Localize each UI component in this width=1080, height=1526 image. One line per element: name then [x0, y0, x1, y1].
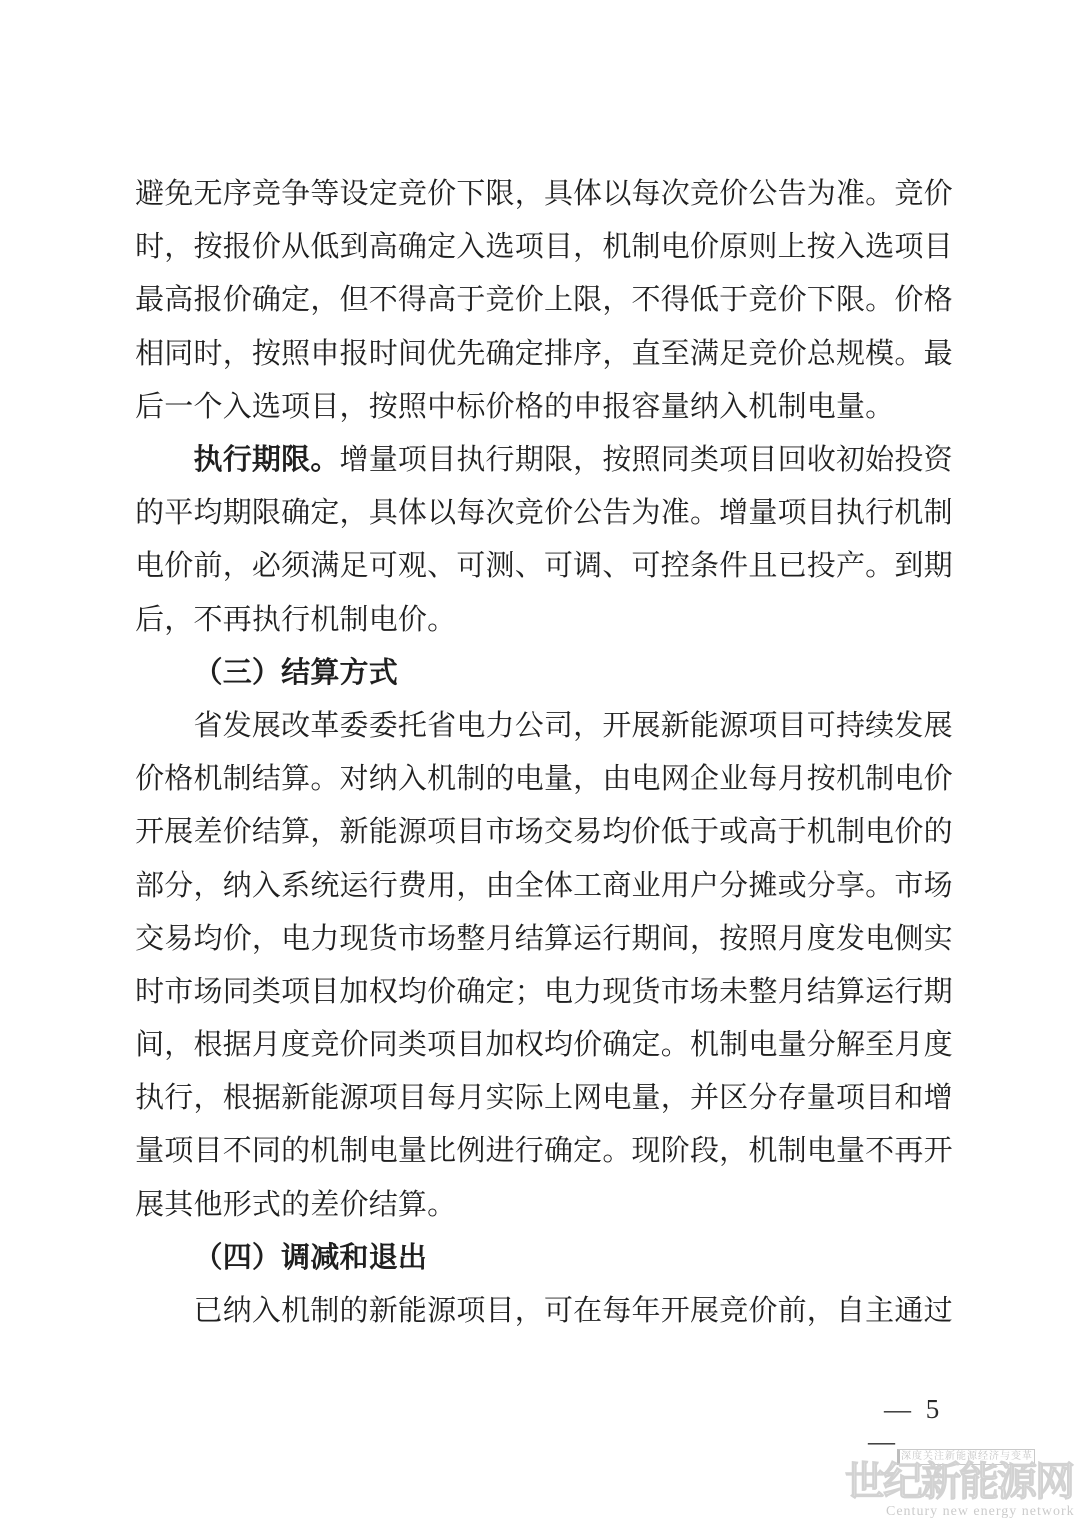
glyph: 行: [485, 446, 514, 475]
glyph: 未: [719, 978, 748, 1007]
glyph: 项: [515, 233, 544, 262]
glyph: 目: [748, 446, 777, 475]
glyph: 。: [427, 1191, 456, 1220]
glyph: 分: [719, 872, 748, 901]
glyph: 价: [923, 180, 952, 209]
glyph: 目: [310, 393, 339, 422]
glyph: 月: [252, 1031, 281, 1060]
glyph: 总: [807, 340, 836, 369]
glyph: 加: [485, 1031, 514, 1060]
glyph: 差: [310, 1191, 339, 1220]
glyph: 设: [339, 180, 368, 209]
glyph: 目: [923, 233, 952, 262]
glyph: 执: [456, 446, 485, 475]
text-line: 相同时，按照申报时间优先确定排序，直至满足竞价总规模。最: [135, 328, 953, 381]
glyph: 低: [661, 818, 690, 847]
glyph: 年: [631, 1297, 660, 1326]
glyph: 序: [573, 340, 602, 369]
glyph: 定: [281, 286, 310, 315]
glyph: 比: [427, 1137, 456, 1166]
glyph: 照: [398, 393, 427, 422]
glyph: 发: [836, 925, 865, 954]
glyph: 限: [573, 286, 602, 315]
glyph: 至: [865, 1031, 894, 1060]
glyph: 过: [923, 1297, 952, 1326]
glyph: 例: [456, 1137, 485, 1166]
glyph: 项: [894, 233, 923, 262]
glyph: 排: [544, 340, 573, 369]
glyph: 展: [135, 1191, 164, 1220]
glyph: 际: [515, 1084, 544, 1113]
glyph: 货: [369, 925, 398, 954]
glyph: 入: [223, 393, 252, 422]
glyph: 观: [398, 552, 427, 581]
glyph: 标: [456, 393, 485, 422]
text-line: 电价前，必须满足可观、可测、可调、可控条件且已投产。到期: [135, 540, 953, 593]
glyph: 高: [427, 286, 456, 315]
glyph: ，: [456, 872, 485, 901]
glyph: 项: [748, 712, 777, 741]
glyph: 告: [602, 499, 631, 528]
glyph: 制: [777, 1137, 806, 1166]
glyph: 价: [135, 765, 164, 794]
glyph: 现: [631, 1137, 660, 1166]
glyph: 算: [398, 1191, 427, 1220]
glyph: ，: [602, 340, 631, 369]
glyph: 交: [135, 925, 164, 954]
glyph: ，: [807, 1297, 836, 1326]
glyph: 电: [865, 818, 894, 847]
glyph: 竞: [894, 180, 923, 209]
glyph: 时: [135, 978, 164, 1007]
glyph: 纳: [223, 1297, 252, 1326]
glyph: 已: [193, 1297, 222, 1326]
glyph: 竞: [515, 499, 544, 528]
glyph: 力: [310, 925, 339, 954]
glyph: 量: [631, 1084, 660, 1113]
glyph: 执: [193, 446, 222, 475]
glyph: 定: [631, 1031, 660, 1060]
glyph: 新: [369, 1297, 398, 1326]
glyph: 定: [310, 499, 339, 528]
glyph: 争: [281, 180, 310, 209]
glyph: 时: [135, 233, 164, 262]
glyph: 目: [777, 712, 806, 741]
glyph: 、: [602, 552, 631, 581]
glyph: 避: [135, 180, 164, 209]
glyph: 于: [719, 286, 748, 315]
glyph: 低: [310, 233, 339, 262]
glyph: 全: [515, 872, 544, 901]
glyph: 入: [719, 393, 748, 422]
glyph: 户: [690, 872, 719, 901]
glyph: 足: [719, 340, 748, 369]
glyph: 个: [193, 393, 222, 422]
glyph: ，: [602, 286, 631, 315]
glyph: 费: [398, 872, 427, 901]
glyph: 运: [865, 978, 894, 1007]
glyph: 市: [661, 978, 690, 1007]
glyph: 纳: [223, 872, 252, 901]
glyph: 得: [398, 286, 427, 315]
glyph: 。: [690, 499, 719, 528]
glyph: 限: [252, 499, 281, 528]
glyph: 目: [193, 1137, 222, 1166]
glyph: ，: [223, 552, 252, 581]
text-line: 交易均价，电力现货市场整月结算运行期间，按照月度发电侧实: [135, 913, 953, 966]
glyph: 行: [369, 872, 398, 901]
glyph: 增: [719, 499, 748, 528]
glyph: 高: [369, 233, 398, 262]
glyph: 再: [223, 606, 252, 635]
glyph: 权: [369, 978, 398, 1007]
glyph: 托: [398, 712, 427, 741]
glyph: 价: [573, 1031, 602, 1060]
glyph: 间: [398, 340, 427, 369]
glyph: 价: [252, 233, 281, 262]
glyph: 选: [485, 233, 514, 262]
text-line: 后一个入选项目，按照中标价格的申报容量纳入机制电量。: [135, 381, 953, 434]
glyph: 分: [807, 872, 836, 901]
glyph: 竞: [748, 286, 777, 315]
glyph: 委: [369, 712, 398, 741]
glyph: 。: [602, 1137, 631, 1166]
glyph: 开: [135, 818, 164, 847]
glyph: ，: [223, 340, 252, 369]
glyph: ，: [573, 712, 602, 741]
glyph: 电: [135, 552, 164, 581]
glyph: 执: [252, 606, 281, 635]
glyph: 以: [602, 180, 631, 209]
glyph: 。: [661, 1031, 690, 1060]
glyph: 按: [807, 233, 836, 262]
glyph: 于: [777, 818, 806, 847]
glyph: 易: [164, 925, 193, 954]
glyph: 模: [865, 340, 894, 369]
glyph: 后: [135, 606, 164, 635]
glyph: 高: [748, 818, 777, 847]
glyph: 确: [252, 286, 281, 315]
glyph: 选: [252, 393, 281, 422]
glyph: 期: [631, 925, 660, 954]
glyph: 从: [281, 233, 310, 262]
glyph: ，: [164, 233, 193, 262]
glyph: 退: [369, 1244, 398, 1273]
glyph: （: [193, 659, 222, 688]
glyph: 收: [807, 446, 836, 475]
glyph: 目: [485, 1297, 514, 1326]
glyph: 照: [281, 340, 310, 369]
glyph: 初: [836, 446, 865, 475]
glyph: 量: [369, 446, 398, 475]
glyph: 目: [544, 233, 573, 262]
glyph: 制: [339, 1137, 368, 1166]
glyph: 电: [369, 1137, 398, 1166]
glyph: 按: [807, 765, 836, 794]
glyph: 期: [252, 446, 281, 475]
glyph: 月: [894, 1031, 923, 1060]
glyph: ，: [164, 606, 193, 635]
glyph: 格: [164, 765, 193, 794]
glyph: 量: [836, 1137, 865, 1166]
glyph: ，: [339, 393, 368, 422]
glyph: ，: [719, 1137, 748, 1166]
glyph: 确: [281, 499, 310, 528]
glyph: 一: [164, 393, 193, 422]
glyph: 相: [135, 340, 164, 369]
glyph: 度: [281, 1031, 310, 1060]
text-line: 时，按报价从低到高确定入选项目，机制电价原则上按入选项目: [135, 221, 953, 274]
glyph: 低: [690, 286, 719, 315]
glyph: 则: [748, 233, 777, 262]
glyph: 形: [223, 1191, 252, 1220]
glyph: 能: [398, 1297, 427, 1326]
glyph: 。: [310, 446, 339, 475]
glyph: 次: [485, 499, 514, 528]
glyph: 价: [223, 925, 252, 954]
glyph: 的: [281, 1191, 310, 1220]
glyph: 均: [544, 1031, 573, 1060]
glyph: 侧: [894, 925, 923, 954]
glyph: 量: [544, 765, 573, 794]
glyph: 行: [865, 499, 894, 528]
glyph: ，: [515, 180, 544, 209]
glyph: 三: [223, 659, 252, 688]
glyph: 测: [485, 552, 514, 581]
glyph: 月: [777, 978, 806, 1007]
glyph: 时: [369, 340, 398, 369]
glyph: 直: [631, 340, 660, 369]
glyph: 中: [427, 393, 456, 422]
glyph: 电: [748, 1031, 777, 1060]
glyph: 增: [339, 446, 368, 475]
glyph: 均: [398, 978, 427, 1007]
glyph: 每: [602, 1297, 631, 1326]
glyph: 入: [252, 1297, 281, 1326]
glyph: 机: [281, 1297, 310, 1326]
glyph: 资: [923, 446, 952, 475]
glyph: 、: [515, 552, 544, 581]
glyph: 须: [281, 552, 310, 581]
glyph: 纳: [369, 765, 398, 794]
glyph: 商: [602, 872, 631, 901]
glyph: 结: [515, 925, 544, 954]
glyph: 增: [923, 1084, 952, 1113]
page-number: — 5: [884, 1396, 943, 1423]
text-line: 展其他形式的差价结算。: [135, 1179, 953, 1232]
glyph: 照: [748, 925, 777, 954]
glyph: 委: [339, 712, 368, 741]
glyph: 四: [223, 1244, 252, 1273]
glyph: 业: [631, 872, 660, 901]
glyph: 高: [164, 286, 193, 315]
glyph: 场: [690, 978, 719, 1007]
text-line: 已纳入机制的新能源项目，可在每年开展竞价前，自主通过: [135, 1285, 953, 1338]
glyph: 制: [339, 606, 368, 635]
glyph: 最: [923, 340, 952, 369]
text-line: 时市场同类项目加权均价确定；电力现货市场未整月结算运行期: [135, 966, 953, 1019]
glyph: 其: [164, 1191, 193, 1220]
glyph: 得: [661, 286, 690, 315]
glyph: 行: [602, 925, 631, 954]
glyph: 同: [164, 340, 193, 369]
glyph: 同: [223, 978, 252, 1007]
text-line: 避免无序竞争等设定竞价下限，具体以每次竞价公告为准。竞价: [135, 168, 953, 221]
glyph: 制: [923, 499, 952, 528]
glyph: 运: [339, 872, 368, 901]
text-line: 执行，根据新能源项目每月实际上网电量，并区分存量项目和增: [135, 1072, 953, 1125]
glyph: ，: [573, 765, 602, 794]
glyph: 现: [339, 925, 368, 954]
glyph: 省: [427, 712, 456, 741]
glyph: 先: [456, 340, 485, 369]
glyph: 能: [369, 818, 398, 847]
glyph: 市: [894, 872, 923, 901]
glyph: 机: [836, 765, 865, 794]
glyph: 价: [398, 606, 427, 635]
glyph: 竞: [252, 180, 281, 209]
glyph: 选: [865, 233, 894, 262]
glyph: ，: [573, 446, 602, 475]
glyph: 原: [719, 233, 748, 262]
glyph: 等: [310, 180, 339, 209]
glyph: 的: [923, 818, 952, 847]
text-line: 最高报价确定，但不得高于竞价上限，不得低于竞价下限。价格: [135, 274, 953, 327]
glyph: 行: [515, 1137, 544, 1166]
glyph: 投: [894, 446, 923, 475]
glyph: 体: [398, 499, 427, 528]
glyph: 报: [339, 340, 368, 369]
glyph: 按: [602, 446, 631, 475]
text-line: 省发展改革委委托省电力公司，开展新能源项目可持续发展: [135, 700, 953, 753]
text-line: 量项目不同的机制电量比例进行确定。现阶段，机制电量不再开: [135, 1125, 953, 1178]
glyph: 电: [281, 925, 310, 954]
glyph: 价: [894, 286, 923, 315]
glyph: 规: [836, 340, 865, 369]
glyph: 项: [456, 1297, 485, 1326]
glyph: 按: [252, 340, 281, 369]
glyph: 可: [544, 552, 573, 581]
glyph: 制: [310, 1297, 339, 1326]
glyph: 期: [923, 552, 952, 581]
glyph: ）: [252, 1244, 281, 1273]
glyph: 价: [923, 765, 952, 794]
glyph: 时: [193, 340, 222, 369]
glyph: 发: [223, 712, 252, 741]
glyph: ，: [193, 872, 222, 901]
glyph: 同: [252, 1137, 281, 1166]
glyph: 司: [544, 712, 573, 741]
glyph: 新: [661, 712, 690, 741]
glyph: 准: [661, 499, 690, 528]
glyph: 结: [807, 978, 836, 1007]
glyph: 公: [748, 180, 777, 209]
glyph: 价: [427, 978, 456, 1007]
glyph: 机: [748, 1137, 777, 1166]
glyph: 企: [690, 765, 719, 794]
glyph: 上: [544, 1084, 573, 1113]
glyph: 优: [427, 340, 456, 369]
text-line: 执行期限。增量项目执行期限，按照同类项目回收初始投资: [135, 434, 953, 487]
glyph: 度: [807, 925, 836, 954]
glyph: 同: [661, 446, 690, 475]
glyph: 竞: [310, 1031, 339, 1060]
glyph: 分: [807, 1031, 836, 1060]
glyph: 力: [573, 978, 602, 1007]
glyph: 用: [661, 872, 690, 901]
glyph: 实: [923, 925, 952, 954]
glyph: 限: [281, 446, 310, 475]
glyph: 容: [631, 393, 660, 422]
glyph: 行: [223, 446, 252, 475]
glyph: 目: [456, 1031, 485, 1060]
glyph: 格: [515, 393, 544, 422]
glyph: 结: [281, 659, 310, 688]
glyph: 报: [602, 393, 631, 422]
glyph: 月: [777, 925, 806, 954]
glyph: 公: [573, 499, 602, 528]
glyph: 机: [894, 499, 923, 528]
glyph: 入: [398, 765, 427, 794]
glyph: 实: [485, 1084, 514, 1113]
glyph: 机: [748, 393, 777, 422]
glyph: 均: [193, 499, 222, 528]
text-line: 开展差价结算，新能源项目市场交易均价低于或高于机制电价的: [135, 806, 953, 859]
glyph: 每: [456, 499, 485, 528]
glyph: 类: [252, 978, 281, 1007]
glyph: 体: [544, 872, 573, 901]
glyph: 整: [456, 925, 485, 954]
glyph: 量: [748, 499, 777, 528]
glyph: ，: [310, 818, 339, 847]
glyph: 他: [193, 1191, 222, 1220]
glyph: 前: [777, 1297, 806, 1326]
glyph: ，: [690, 925, 719, 954]
glyph: 于: [690, 818, 719, 847]
glyph: 区: [719, 1084, 748, 1113]
glyph: 或: [719, 818, 748, 847]
glyph: 算: [310, 659, 339, 688]
glyph: 享: [836, 872, 865, 901]
glyph: 月: [485, 925, 514, 954]
glyph: 目: [310, 978, 339, 1007]
glyph: 项: [719, 446, 748, 475]
glyph: ；: [515, 978, 544, 1007]
glyph: 源: [719, 712, 748, 741]
glyph: 量: [836, 393, 865, 422]
glyph: 量: [777, 1031, 806, 1060]
glyph: 到: [894, 552, 923, 581]
glyph: 展: [252, 712, 281, 741]
glyph: 结: [252, 765, 281, 794]
glyph: 可: [544, 1297, 573, 1326]
glyph: 。: [865, 393, 894, 422]
glyph: 行: [164, 1084, 193, 1113]
glyph: 期: [515, 446, 544, 475]
glyph: 的: [485, 765, 514, 794]
glyph: 价: [223, 286, 252, 315]
glyph: ，: [573, 233, 602, 262]
heading-line: （四）调减和退出: [135, 1232, 953, 1285]
glyph: 至: [661, 340, 690, 369]
glyph: 价: [544, 499, 573, 528]
heading-line: （三）结算方式: [135, 647, 953, 700]
glyph: 为: [631, 499, 660, 528]
glyph: 足: [339, 552, 368, 581]
glyph: 算: [281, 818, 310, 847]
glyph: 通: [894, 1297, 923, 1326]
glyph: 摊: [748, 872, 777, 901]
